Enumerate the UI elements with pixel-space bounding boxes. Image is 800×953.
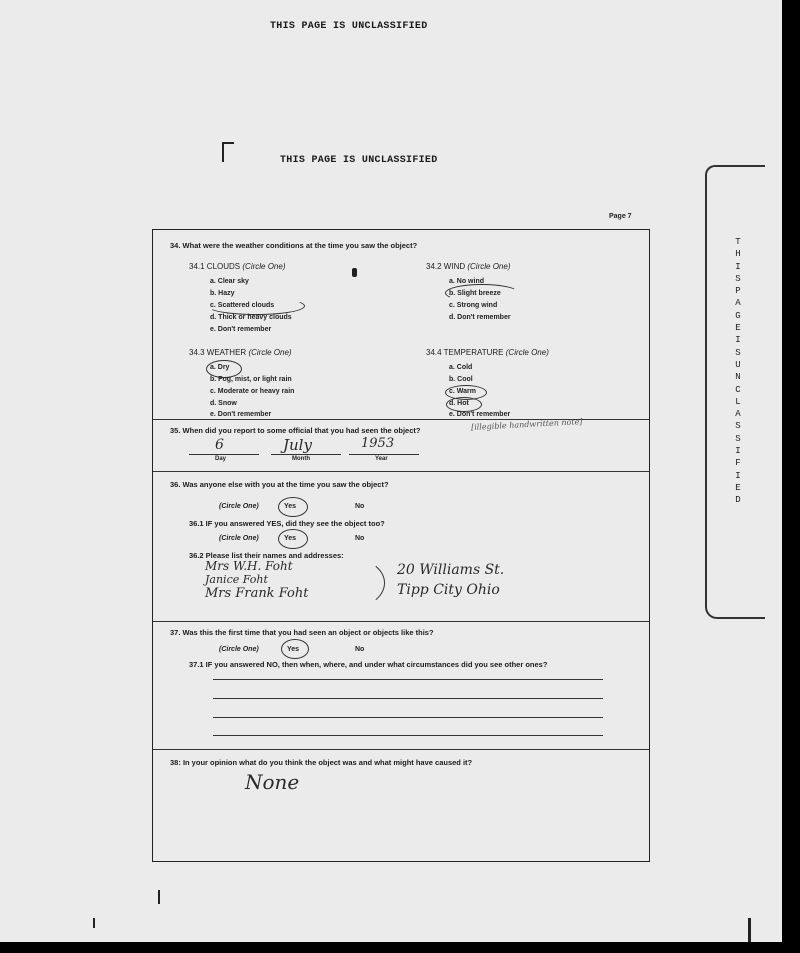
section-36: 36. Was anyone else with you at the time… (153, 472, 649, 622)
q36-number: 36. (170, 480, 180, 489)
scan-mark (158, 890, 160, 904)
weather-option-d[interactable]: d. Snow (210, 400, 237, 407)
report-year-value[interactable]: 1953 (361, 436, 394, 451)
q37-number: 37. (170, 628, 180, 637)
witness-name-3[interactable]: Mrs Frank Foht (205, 586, 308, 601)
year-label: Year (375, 456, 388, 462)
month-line (271, 454, 341, 455)
q36-1-yes-circle (278, 529, 308, 549)
clouds-option-a[interactable]: a. Clear sky (210, 278, 249, 285)
day-label: Day (215, 456, 226, 462)
temperature-option-e[interactable]: e. Don't remember (449, 411, 510, 418)
q38-answer[interactable]: None (245, 770, 299, 794)
document-page: THIS PAGE IS UNCLASSIFIED THIS PAGE IS U… (0, 0, 782, 942)
answer-line-3[interactable] (213, 717, 603, 718)
q36-circle-label: (Circle One) (219, 503, 259, 510)
month-label: Month (292, 456, 310, 462)
q38-number: 38: (170, 758, 181, 767)
temperature-option-b[interactable]: b. Cool (449, 376, 473, 383)
q37-no-option[interactable]: No (355, 646, 364, 653)
section-35: 35. When did you report to some official… (153, 420, 649, 472)
q38-question: In your opinion what do you think the ob… (183, 758, 472, 767)
temperature-heading: 34.4 TEMPERATURE (Circle One) (426, 348, 549, 357)
scan-mark (352, 268, 357, 277)
q34-number: 34. (170, 241, 180, 250)
section-38: 38: In your opinion what do you think th… (153, 750, 649, 861)
page-number: Page 7 (609, 213, 632, 220)
witness-name-2[interactable]: Janice Foht (205, 573, 268, 586)
q36-question: Was anyone else with you at the time you… (183, 480, 389, 489)
q37-1-question: 37.1 IF you answered NO, then when, wher… (189, 660, 547, 669)
scan-mark (222, 142, 234, 144)
witness-address-2[interactable]: Tipp City Ohio (397, 582, 500, 598)
answer-line-1[interactable] (213, 679, 603, 680)
q36-no-option[interactable]: No (355, 503, 364, 510)
wind-option-c[interactable]: c. Strong wind (449, 302, 497, 309)
witness-address-1[interactable]: 20 Williams St. (397, 562, 504, 578)
q36-1-question: 36.1 IF you answered YES, did they see t… (189, 519, 385, 528)
answer-line-4[interactable] (213, 735, 603, 736)
scan-mark (93, 918, 95, 928)
q36-1-circle-label: (Circle One) (219, 535, 259, 542)
day-line (189, 454, 259, 455)
witness-name-1[interactable]: Mrs W.H. Foht (205, 559, 293, 573)
clouds-option-d[interactable]: d. Thick or heavy clouds (210, 314, 292, 321)
scan-mark (748, 918, 751, 942)
clouds-heading: 34.1 CLOUDS (Circle One) (189, 262, 286, 271)
answer-line-2[interactable] (213, 698, 603, 699)
clouds-selection-circle (207, 297, 305, 315)
scan-mark (222, 142, 224, 162)
q36-1-no-option[interactable]: No (355, 535, 364, 542)
wind-selection-circle (445, 284, 519, 302)
margin-note: [illegible handwritten note] (471, 417, 583, 432)
temperature-option-a[interactable]: a. Cold (449, 364, 472, 371)
q35-question: When did you report to some official tha… (183, 426, 421, 435)
year-line (349, 454, 419, 455)
side-classification: THIS PAGE IS UNCLASSIFIED (733, 236, 743, 507)
q35-number: 35. (170, 426, 180, 435)
q36-yes-circle (278, 497, 308, 517)
clouds-option-e[interactable]: e. Don't remember (210, 326, 271, 333)
weather-option-b[interactable]: b. Fog, mist, or light rain (210, 376, 292, 383)
section-37: 37. Was this the first time that you had… (153, 622, 649, 750)
report-day-value[interactable]: 6 (215, 437, 224, 453)
classification-header-top: THIS PAGE IS UNCLASSIFIED (270, 21, 428, 32)
names-bracket (313, 557, 385, 609)
q34-question: What were the weather conditions at the … (183, 241, 418, 250)
classification-header: THIS PAGE IS UNCLASSIFIED (280, 155, 438, 166)
weather-option-c[interactable]: c. Moderate or heavy rain (210, 388, 294, 395)
questionnaire-form: 34. What were the weather conditions at … (152, 229, 650, 862)
clouds-option-b[interactable]: b. Hazy (210, 290, 235, 297)
weather-option-e[interactable]: e. Don't remember (210, 411, 271, 418)
q37-question: Was this the first time that you had see… (183, 628, 434, 637)
q37-circle-label: (Circle One) (219, 646, 259, 653)
section-34: 34. What were the weather conditions at … (153, 230, 649, 420)
wind-heading: 34.2 WIND (Circle One) (426, 262, 510, 271)
wind-option-d[interactable]: d. Don't remember (449, 314, 511, 321)
weather-heading: 34.3 WEATHER (Circle One) (189, 348, 292, 357)
q37-yes-circle (281, 639, 309, 659)
temperature-hot-circle (446, 397, 482, 412)
report-month-value[interactable]: July (283, 436, 312, 454)
